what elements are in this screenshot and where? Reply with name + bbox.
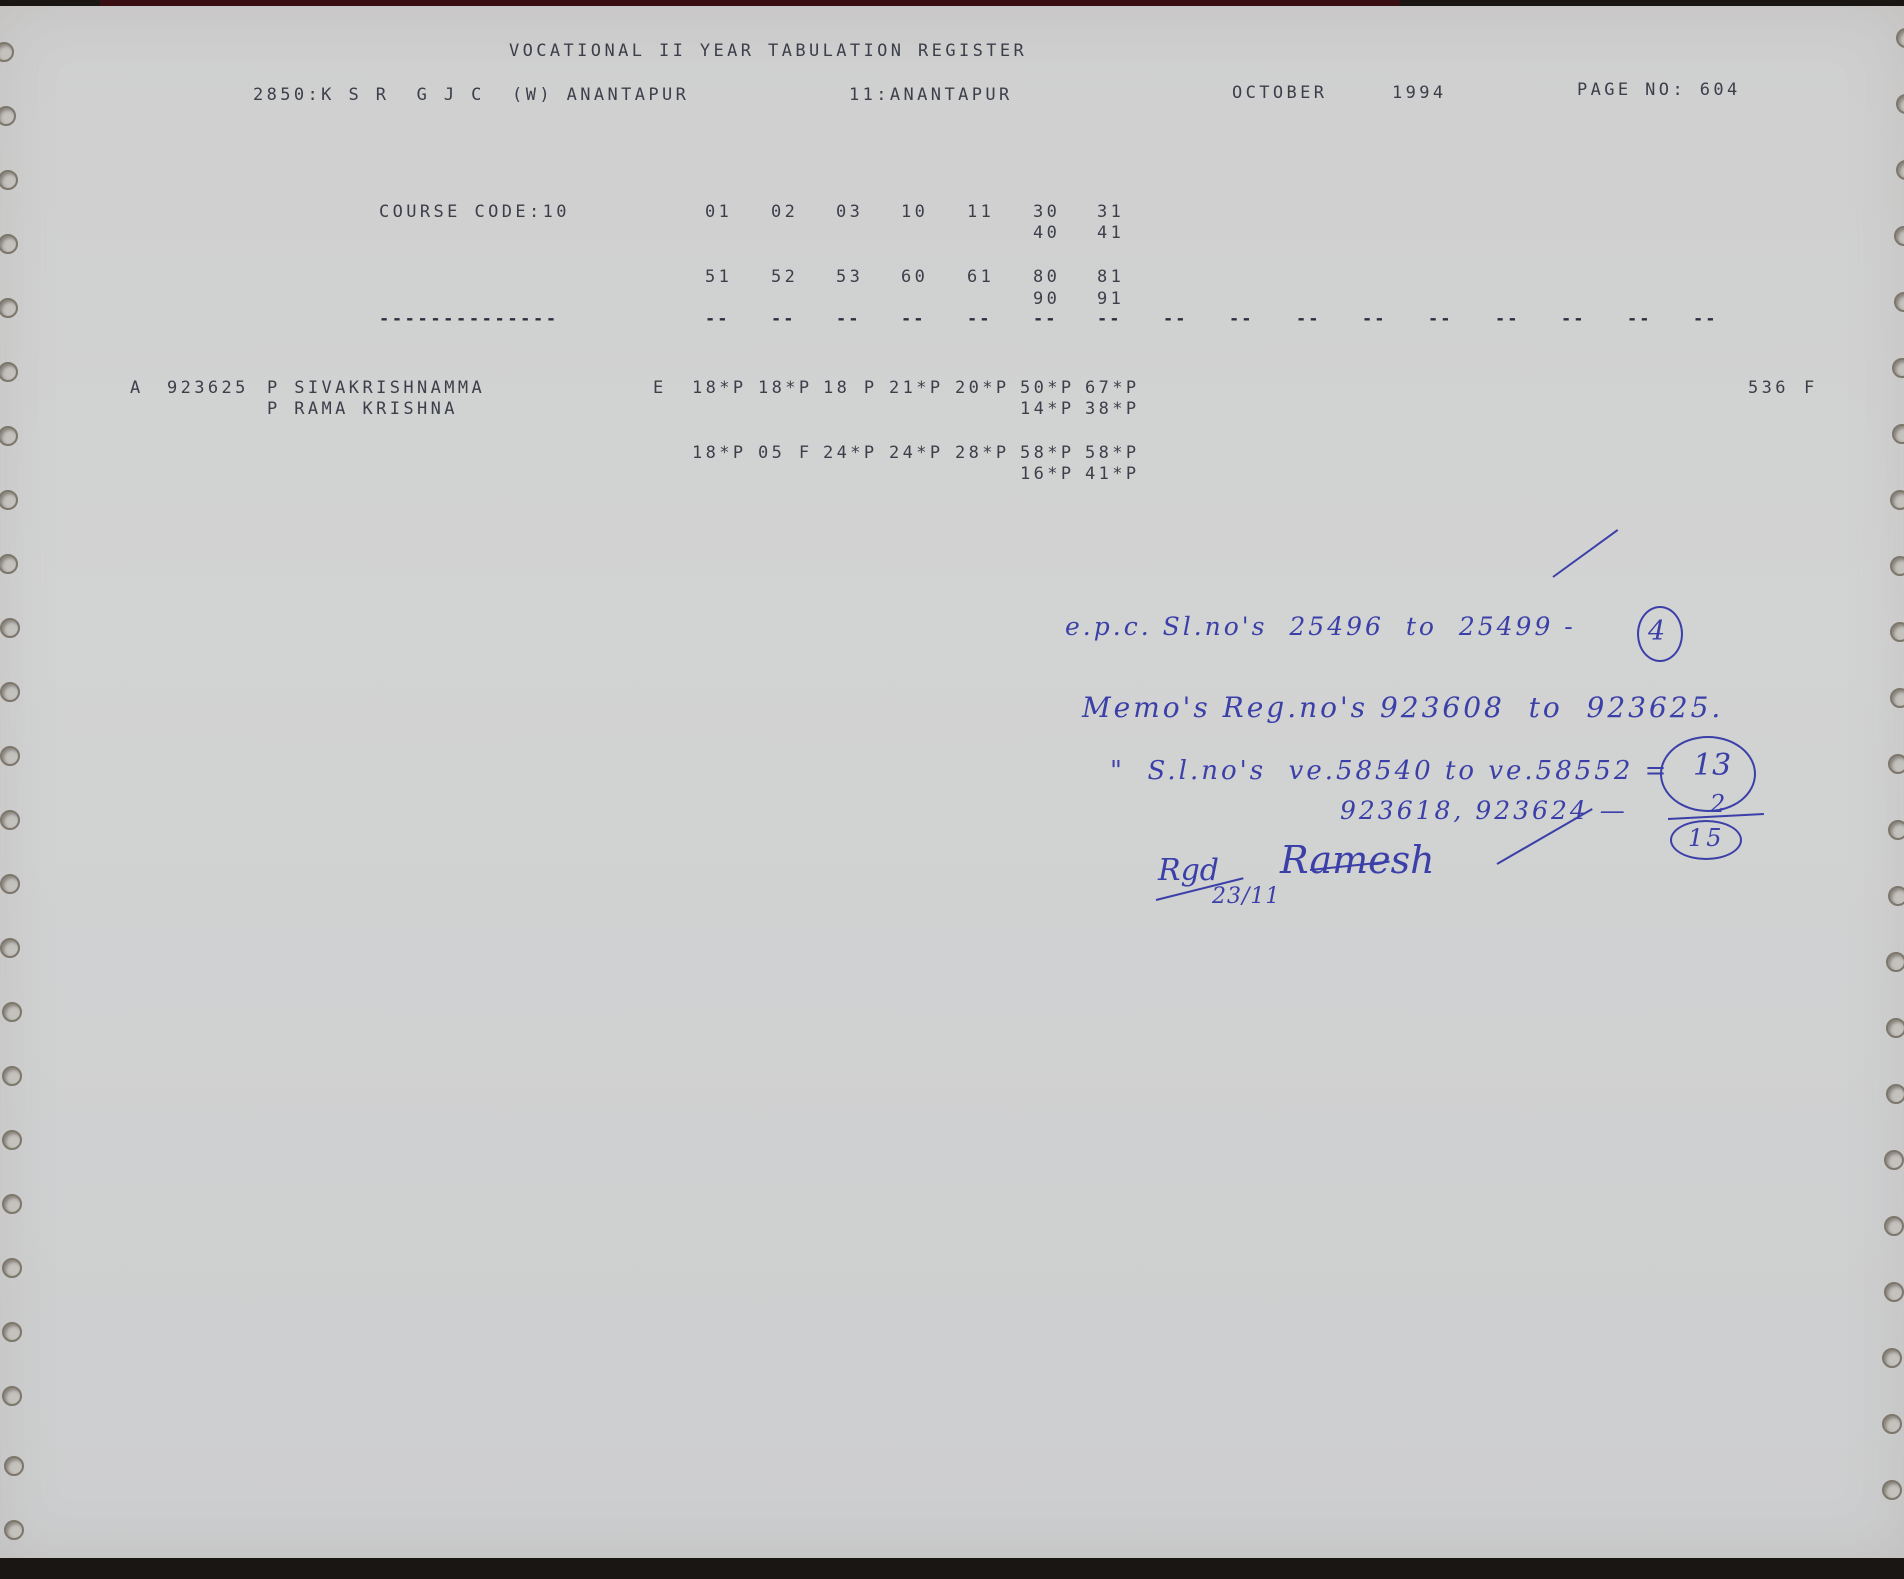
punch-hole-icon [0, 618, 20, 638]
epc-count: 4 [1648, 618, 1665, 645]
punch-hole-icon [2, 1066, 22, 1086]
mark-cell: 18 P [823, 380, 878, 397]
punch-hole-icon [1882, 1348, 1902, 1368]
punch-hole-icon [1890, 688, 1904, 708]
excluded-reg-note: 923618, 923624 — [1340, 798, 1628, 823]
father-name: P RAMA KRISHNA [267, 401, 458, 418]
column-dash: -- [1097, 311, 1121, 328]
column-dash: -- [771, 311, 795, 328]
punch-hole-icon [1892, 424, 1904, 444]
punch-hole-icon [1894, 226, 1904, 246]
column-dash: -- [1495, 311, 1519, 328]
punch-hole-icon [0, 682, 20, 702]
punch-hole-icon [2, 1386, 22, 1406]
mark-cell: 05 F [758, 445, 813, 462]
signature-date: 23/11 [1212, 886, 1280, 908]
mark-cell: 28*P [955, 445, 1010, 462]
signature-initial: Rgd [1158, 856, 1219, 886]
mark-cell: 18*P [692, 445, 747, 462]
mark-cell: 18*P [692, 380, 747, 397]
epc-serial-note: e.p.c. Sl.no's 25496 to 25499 - [1065, 614, 1576, 639]
college-code-name: 2850:K S R G J C (W) ANANTAPUR [253, 87, 689, 104]
column-dash: -- [901, 311, 925, 328]
punch-hole-icon [0, 362, 18, 382]
mark-cell: 20*P [955, 380, 1010, 397]
result-status: F [1804, 380, 1818, 397]
subject-code: 40 [1033, 225, 1060, 242]
subject-code: 90 [1033, 291, 1060, 308]
punch-hole-icon [1882, 1414, 1902, 1434]
punch-hole-icon [4, 1456, 24, 1476]
punch-hole-icon [0, 426, 18, 446]
mark-cell: 18*P [758, 380, 813, 397]
punch-hole-icon [1886, 1084, 1904, 1104]
punch-hole-icon [1888, 820, 1904, 840]
subject-code: 61 [967, 269, 994, 286]
punch-hole-icon [1894, 292, 1904, 312]
punch-hole-icon [2, 1322, 22, 1342]
punch-hole-icon [0, 234, 18, 254]
medium: E [653, 380, 667, 397]
column-dash: -- [836, 311, 860, 328]
punch-hole-icon [1888, 886, 1904, 906]
tick-mark [1552, 529, 1618, 578]
column-dash: -- [1033, 311, 1057, 328]
subject-code: 03 [836, 204, 863, 221]
excluded-count: 2 [1710, 792, 1725, 816]
column-dash: -- [1296, 311, 1320, 328]
subject-code: 41 [1097, 225, 1124, 242]
punch-hole-icon [0, 874, 20, 894]
punch-hole-icon [0, 106, 16, 126]
mark-cell: 14*P [1020, 401, 1075, 418]
punch-hole-icon [4, 1520, 24, 1540]
column-dash: -- [1229, 311, 1253, 328]
page-number: PAGE NO: 604 [1577, 82, 1741, 99]
subject-code: 11 [967, 204, 994, 221]
punch-hole-icon [0, 746, 20, 766]
mark-cell: 58*P [1020, 445, 1075, 462]
column-dash: -- [1693, 311, 1717, 328]
mark-cell: 50*P [1020, 380, 1075, 397]
punch-hole-icon [1892, 358, 1904, 378]
subject-code: 10 [901, 204, 928, 221]
total-count: 15 [1688, 826, 1725, 850]
signature: Ramesh [1280, 841, 1435, 879]
column-dash: -- [705, 311, 729, 328]
exam-year: 1994 [1392, 85, 1447, 102]
district: 11:ANANTAPUR [849, 87, 1013, 104]
punch-hole-icon [1896, 94, 1904, 114]
subject-code: 01 [705, 204, 732, 221]
subject-code: 30 [1033, 204, 1060, 221]
punch-hole-icon [0, 938, 20, 958]
course-code-label: COURSE CODE:10 [379, 204, 570, 221]
subject-code: 60 [901, 269, 928, 286]
mark-cell: 21*P [889, 380, 944, 397]
punch-hole-icon [0, 554, 18, 574]
memo-serial-note: " S.l.no's ve.58540 to ve.58552 = [1110, 758, 1669, 784]
subject-code: 51 [705, 269, 732, 286]
punch-hole-icon [2, 1130, 22, 1150]
punch-hole-icon [0, 42, 14, 62]
punch-hole-icon [2, 1258, 22, 1278]
subject-code: 81 [1097, 269, 1124, 286]
punch-hole-icon [1888, 754, 1904, 774]
memo-count: 13 [1693, 751, 1731, 781]
subject-code: 80 [1033, 269, 1060, 286]
mark-cell: 67*P [1085, 380, 1140, 397]
punch-hole-icon [1896, 160, 1904, 180]
mark-cell: 24*P [889, 445, 944, 462]
memo-reg-note: Memo's Reg.no's 923608 to 923625. [1082, 694, 1723, 722]
punch-hole-icon [1890, 490, 1904, 510]
punch-hole-icon [1886, 1018, 1904, 1038]
mark-cell: 58*P [1085, 445, 1140, 462]
punch-hole-icon [0, 170, 18, 190]
column-dash: -- [1163, 311, 1187, 328]
punch-hole-icon [1884, 1216, 1904, 1236]
punch-hole-icon [1896, 28, 1904, 48]
punch-hole-icon [1884, 1282, 1904, 1302]
total-marks: 536 [1748, 380, 1789, 397]
subject-code: 53 [836, 269, 863, 286]
punch-hole-icon [2, 1002, 22, 1022]
subject-code: 31 [1097, 204, 1124, 221]
punch-hole-icon [0, 490, 18, 510]
column-dash: -- [967, 311, 991, 328]
punch-hole-icon [2, 1194, 22, 1214]
mark-cell: 38*P [1085, 401, 1140, 418]
separator-underline: -------------- [379, 311, 559, 328]
punch-hole-icon [1890, 556, 1904, 576]
column-dash: -- [1561, 311, 1585, 328]
subject-code: 02 [771, 204, 798, 221]
punch-hole-icon [0, 298, 18, 318]
punch-hole-icon [1886, 952, 1904, 972]
punch-hole-icon [0, 810, 20, 830]
student-reg-no: 923625 [167, 380, 249, 397]
mark-cell: 24*P [823, 445, 878, 462]
subject-code: 91 [1097, 291, 1124, 308]
column-dash: -- [1428, 311, 1452, 328]
subject-code: 52 [771, 269, 798, 286]
punch-hole-icon [1890, 622, 1904, 642]
column-dash: -- [1362, 311, 1386, 328]
mark-cell: 16*P [1020, 466, 1075, 483]
register-title: VOCATIONAL II YEAR TABULATION REGISTER [509, 43, 1027, 60]
student-category: A [130, 380, 144, 397]
exam-month: OCTOBER [1232, 85, 1327, 102]
column-dash: -- [1627, 311, 1651, 328]
student-name: P SIVAKRISHNAMMA [267, 380, 485, 397]
document-page: VOCATIONAL II YEAR TABULATION REGISTER 2… [0, 6, 1904, 1558]
punch-hole-icon [1882, 1480, 1902, 1500]
mark-cell: 41*P [1085, 466, 1140, 483]
punch-hole-icon [1884, 1150, 1904, 1170]
